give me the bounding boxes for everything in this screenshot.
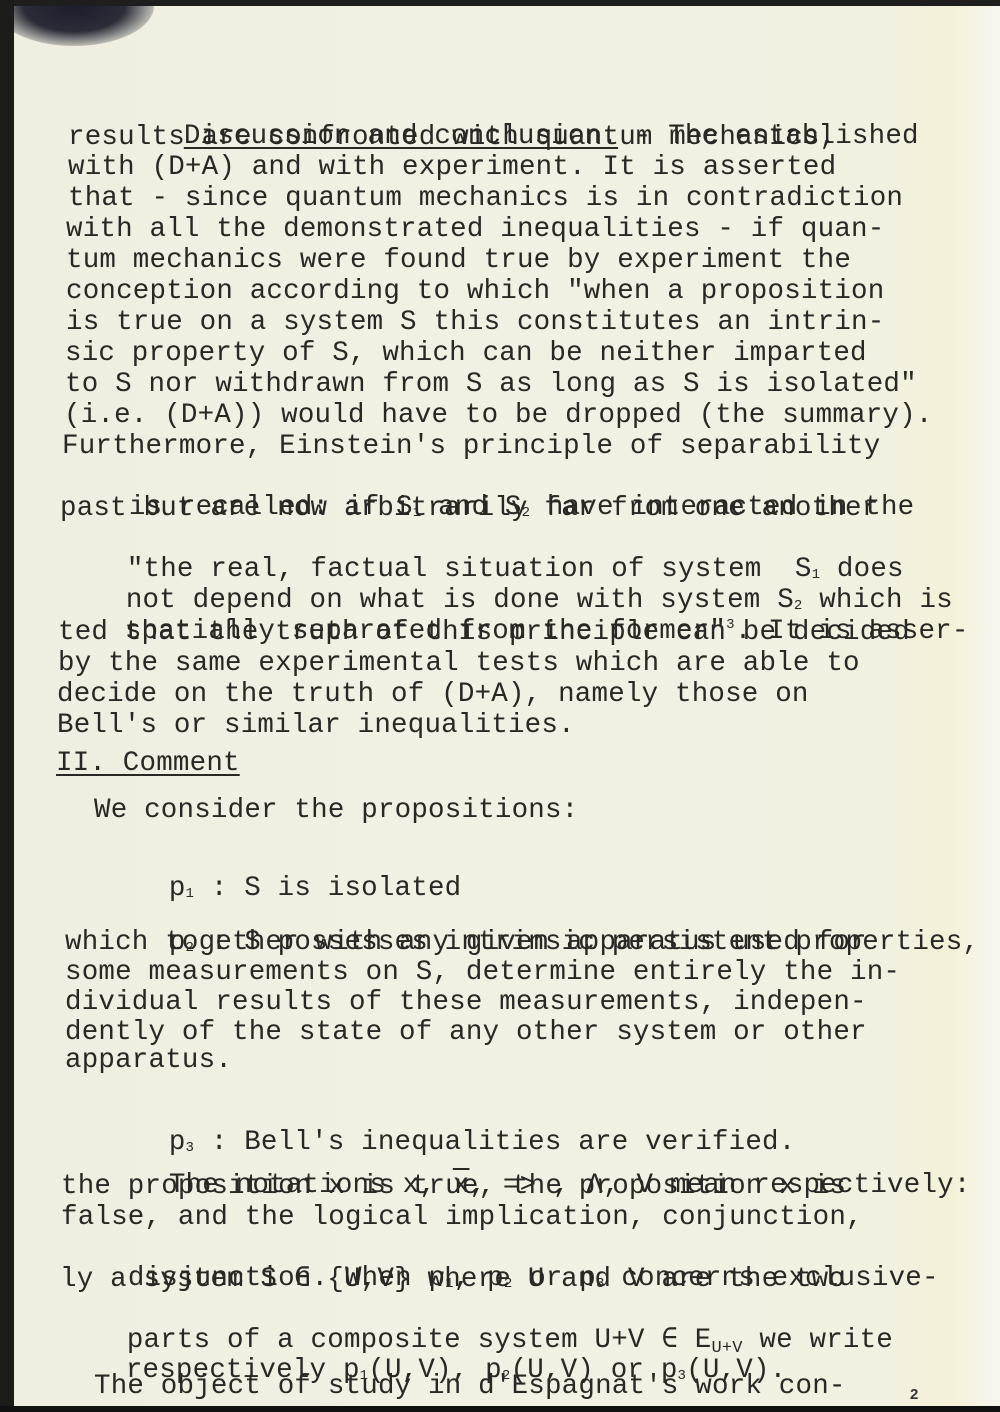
comment-intro: We consider the propositions: xyxy=(94,796,578,826)
paragraph-line: apparatus. xyxy=(65,1046,232,1076)
paragraph-line: some measurements on S, determine entire… xyxy=(65,958,900,988)
paragraph-line: conception according to which "when a pr… xyxy=(66,277,884,307)
paragraph-line: decide on the truth of (D+A), namely tho… xyxy=(57,680,809,710)
paragraph-line: Furthermore, Einstein's principle of sep… xyxy=(62,432,880,462)
paragraph-line: (i.e. (D+A)) would have to be dropped (t… xyxy=(64,401,933,431)
paragraph-line: results are confronted with quantum mech… xyxy=(68,123,836,153)
paragraph-line: to S nor withdrawn from S as long as S i… xyxy=(65,370,917,400)
paragraph-line: tum mechanics were found true by experim… xyxy=(66,246,851,276)
paragraph-line: dividual results of these measurements, … xyxy=(65,988,867,1018)
scan-bottom-edge xyxy=(0,1406,1000,1412)
paragraph-line: with all the demonstrated inequalities -… xyxy=(66,215,884,245)
paragraph-line: past but are now arbitrarily far from on… xyxy=(60,494,878,524)
document-page: Discussion and conclusion. - The establi… xyxy=(14,6,1000,1406)
section-two-heading: II. Comment xyxy=(56,749,240,779)
scan-corner-shadow xyxy=(14,6,154,46)
page-number: 2 xyxy=(910,1386,918,1403)
paragraph-line: ly a system S ∈ {U,V} where U and V are … xyxy=(60,1265,845,1295)
paragraph-line: The object of study in d'Espagnat's work… xyxy=(94,1372,846,1402)
paragraph-line: sic property of S, which can be neither … xyxy=(65,339,867,369)
paragraph-line: is true on a system S this constitutes a… xyxy=(66,308,884,338)
paragraph-line: that - since quantum mechanics is in con… xyxy=(68,184,903,214)
paragraph-line: ted that the truth of this principle can… xyxy=(58,618,910,648)
paragraph-line: false, and the logical implication, conj… xyxy=(61,1203,863,1233)
paragraph-line: the proposition x is true, the propositi… xyxy=(61,1172,846,1202)
paragraph-line: with (D+A) and with experiment. It is as… xyxy=(68,153,836,183)
paragraph-line: dently of the state of any other system … xyxy=(65,1018,867,1048)
paragraph-line: which together with any given apparatus … xyxy=(65,928,867,958)
paragraph-line: Bell's or similar inequalities. xyxy=(57,711,575,741)
scan-left-edge xyxy=(0,0,14,1412)
paragraph-line: by the same experimental tests which are… xyxy=(58,649,860,679)
